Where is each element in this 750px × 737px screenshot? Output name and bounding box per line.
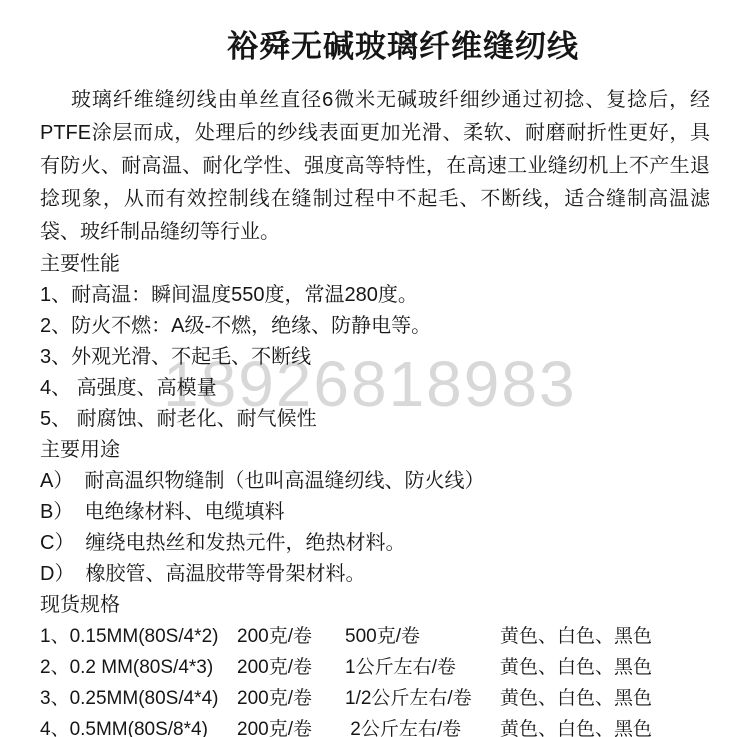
section-heading-specs: 现货规格 <box>40 590 710 621</box>
performance-item-5: 5、 耐腐蚀、耐老化、耐气候性 <box>40 404 710 435</box>
spec-row-2: 2、0.2 MM(80S/4*3) 200克/卷 1公斤左右/卷 黄色、白色、黑… <box>40 652 710 683</box>
product-description-page: 18926818983 裕舜无碱玻璃纤维缝纫线 玻璃纤维缝纫线由单丝直径6微米无… <box>0 0 750 737</box>
spec-pack-weight: 2公斤左右/卷 <box>345 714 500 737</box>
spec-roll-weight: 200克/卷 <box>237 621 345 652</box>
performance-item-4: 4、 高强度、高模量 <box>40 373 710 404</box>
document-content: 裕舜无碱玻璃纤维缝纫线 玻璃纤维缝纫线由单丝直径6微米无碱玻纤细纱通过初捻、复捻… <box>0 0 750 737</box>
performance-item-3: 3、外观光滑、不起毛、不断线 <box>40 342 710 373</box>
spec-size: 2、0.2 MM(80S/4*3) <box>40 652 237 683</box>
section-heading-performance: 主要性能 <box>40 249 710 280</box>
spec-row-3: 3、0.25MM(80S/4*4) 200克/卷 1/2公斤左右/卷 黄色、白色… <box>40 683 710 714</box>
spec-roll-weight: 200克/卷 <box>237 652 345 683</box>
page-title: 裕舜无碱玻璃纤维缝纫线 <box>96 26 710 68</box>
spec-colors: 黄色、白色、黑色 <box>500 652 710 683</box>
use-item-c: C） 缠绕电热丝和发热元件，绝热材料。 <box>40 528 710 559</box>
spec-row-4: 4、0.5MM(80S/8*4) 200克/卷 2公斤左右/卷 黄色、白色、黑色 <box>40 714 710 737</box>
spec-pack-weight: 1公斤左右/卷 <box>345 652 500 683</box>
section-heading-uses: 主要用途 <box>40 435 710 466</box>
spec-roll-weight: 200克/卷 <box>237 683 345 714</box>
use-item-b: B） 电绝缘材料、电缆填料 <box>40 497 710 528</box>
performance-item-2: 2、防火不燃：A级-不燃，绝缘、防静电等。 <box>40 311 710 342</box>
spec-size: 1、0.15MM(80S/4*2) <box>40 621 237 652</box>
spec-pack-weight: 1/2公斤左右/卷 <box>345 683 500 714</box>
spec-colors: 黄色、白色、黑色 <box>500 714 710 737</box>
spec-size: 4、0.5MM(80S/8*4) <box>40 714 237 737</box>
use-item-a: A） 耐高温织物缝制（也叫高温缝纫线、防火线） <box>40 466 710 497</box>
spec-size: 3、0.25MM(80S/4*4) <box>40 683 237 714</box>
performance-item-1: 1、耐高温：瞬间温度550度，常温280度。 <box>40 280 710 311</box>
spec-row-1: 1、0.15MM(80S/4*2) 200克/卷 500克/卷 黄色、白色、黑色 <box>40 621 710 652</box>
intro-paragraph: 玻璃纤维缝纫线由单丝直径6微米无碱玻纤细纱通过初捻、复捻后，经PTFE涂层而成，… <box>40 84 710 249</box>
spec-roll-weight: 200克/卷 <box>237 714 345 737</box>
spec-colors: 黄色、白色、黑色 <box>500 683 710 714</box>
spec-colors: 黄色、白色、黑色 <box>500 621 710 652</box>
use-item-d: D） 橡胶管、高温胶带等骨架材料。 <box>40 559 710 590</box>
spec-pack-weight: 500克/卷 <box>345 621 500 652</box>
